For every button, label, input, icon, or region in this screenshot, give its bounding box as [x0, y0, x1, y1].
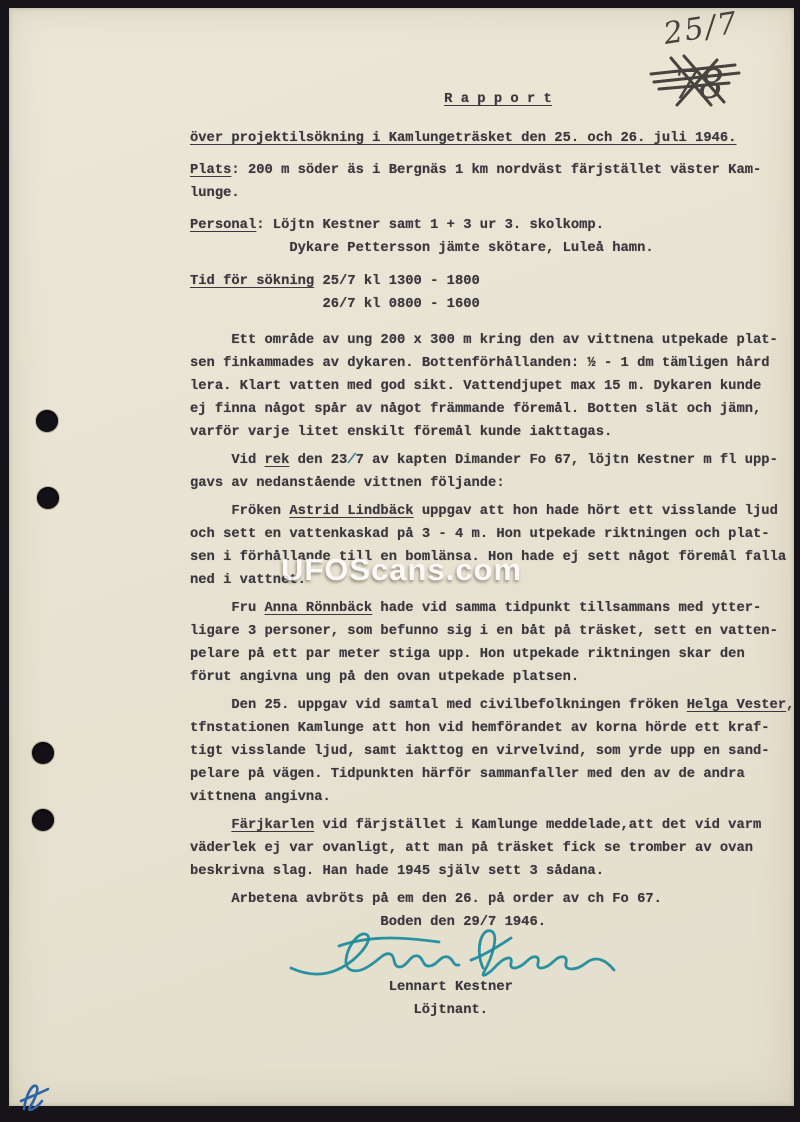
- typed-text: : 200 m söder äs i Bergnäs 1 km nordväst…: [231, 163, 761, 178]
- line-gap: [190, 260, 800, 270]
- typed-text: Anna Rönnbäck: [265, 601, 373, 616]
- typed-text: Astrid Lindbäck: [289, 504, 413, 519]
- typed-text: Arbetena avbröts på em den 26. på order …: [231, 892, 662, 907]
- handwritten-signature: [287, 920, 619, 990]
- punch-hole: [32, 809, 54, 831]
- typed-text: tigt visslande ljud, samt iakttog en vir…: [190, 744, 770, 759]
- typed-text: väderlek ej var ovanligt, att man på trä…: [190, 841, 753, 856]
- typed-text: uppgav att hon hade hört ett visslande l…: [414, 504, 778, 519]
- typed-text: tfnstationen Kamlunge att hon vid hemför…: [190, 721, 770, 736]
- typed-text: Dykare Pettersson jämte skötare, Luleå h…: [289, 241, 653, 256]
- report-title: R a p p o r t: [190, 88, 800, 111]
- typed-line: ej finna något spår av något främmande f…: [190, 398, 800, 421]
- typed-text: gavs av nedanstående vittnen följande:: [190, 476, 505, 491]
- paper-sheet: 25/7 78 R a p p o r töver projektilsökni…: [9, 8, 794, 1106]
- typed-line: Dykare Pettersson jämte skötare, Luleå h…: [190, 237, 800, 260]
- handwritten-initials-mark: [15, 1076, 53, 1118]
- typed-text: Tid för sökning: [190, 274, 314, 289]
- initials-ink: [21, 1086, 48, 1110]
- typed-text: Ett område av ung 200 x 300 m kring den …: [231, 333, 777, 348]
- typed-text: R a p p o r t: [444, 92, 552, 107]
- typed-line: Personal: Löjtn Kestner samt 1 + 3 ur 3.…: [190, 214, 800, 237]
- typed-line: Ett område av ung 200 x 300 m kring den …: [190, 329, 800, 352]
- typed-text: beskrivna slag. Han hade 1945 själv sett…: [190, 864, 604, 879]
- typed-text: ,: [786, 698, 794, 713]
- typed-line: lunge.: [190, 182, 800, 205]
- typed-line: vittnena angivna.: [190, 786, 800, 809]
- typed-line: varför varje litet enskilt föremål kunde…: [190, 421, 800, 444]
- typed-line: Fröken Astrid Lindbäck uppgav att hon ha…: [190, 500, 800, 523]
- typed-line: sen finkammades av dykaren. Bottenförhål…: [190, 352, 800, 375]
- typed-line: tfnstationen Kamlunge att hon vid hemför…: [190, 717, 800, 740]
- line-gap: [190, 111, 800, 127]
- line-gap: [190, 78, 800, 88]
- typed-text: pelare på vägen. Tidpunkten härför samma…: [190, 767, 745, 782]
- typed-line: Fru Anna Rönnbäck hade vid samma tidpunk…: [190, 597, 800, 620]
- typed-signatory-rank: Löjtnant.: [190, 999, 800, 1022]
- typed-text: lera. Klart vatten med god sikt. Vattend…: [190, 379, 761, 394]
- typed-text: pelare på ett par meter stiga upp. Hon u…: [190, 647, 745, 662]
- typed-text: Helga Vester: [687, 698, 786, 713]
- typed-line: beskrivna slag. Han hade 1945 själv sett…: [190, 860, 800, 883]
- typed-text: vid färjstället i Kamlunge meddelade,att…: [314, 818, 761, 833]
- punch-hole: [36, 410, 58, 432]
- typed-line: förut angivna ung på den ovan utpekade p…: [190, 666, 800, 689]
- typed-text: lunge.: [190, 186, 240, 201]
- line-gap: [190, 150, 800, 159]
- typed-text: Fröken: [231, 504, 289, 519]
- typed-line: lera. Klart vatten med god sikt. Vattend…: [190, 375, 800, 398]
- typed-text: Personal: [190, 218, 256, 233]
- typed-line: Arbetena avbröts på em den 26. på order …: [190, 888, 800, 911]
- typed-line: väderlek ej var ovanligt, att man på trä…: [190, 837, 800, 860]
- typed-line: Vid rek den 23/7 av kapten Dimander Fo 6…: [190, 449, 800, 472]
- typed-text: : Löjtn Kestner samt 1 + 3 ur 3. skolkom…: [256, 218, 604, 233]
- typed-line: Färjkarlen vid färjstället i Kamlunge me…: [190, 814, 800, 837]
- typed-text: Löjtnant.: [414, 1003, 489, 1018]
- typed-text: Plats: [190, 163, 231, 178]
- typed-line: Plats: 200 m söder äs i Bergnäs 1 km nor…: [190, 159, 800, 182]
- typed-line: ligare 3 personer, som befunno sig i en …: [190, 620, 800, 643]
- typed-text: Fru: [231, 601, 264, 616]
- typed-line: 26/7 kl 0800 - 1600: [190, 293, 800, 316]
- handwritten-slash-correction: /: [347, 453, 355, 468]
- typed-text: 26/7 kl 0800 - 1600: [322, 297, 479, 312]
- typed-text: ligare 3 personer, som befunno sig i en …: [190, 624, 778, 639]
- typed-text: sen finkammades av dykaren. Bottenförhål…: [190, 356, 770, 371]
- typed-line: tigt visslande ljud, samt iakttog en vir…: [190, 740, 800, 763]
- typed-line: gavs av nedanstående vittnen följande:: [190, 472, 800, 495]
- line-gap: [190, 205, 800, 214]
- typed-text: ned i vattnet.: [190, 573, 306, 588]
- typed-text: 7 av kapten Dimander Fo 67, löjtn Kestne…: [356, 453, 778, 468]
- typed-line: och sett en vattenkaskad på 3 - 4 m. Hon…: [190, 523, 800, 546]
- typed-text: rek: [265, 453, 290, 468]
- typed-text: hade vid samma tidpunkt tillsammans med …: [372, 601, 761, 616]
- typed-text: Färjkarlen: [231, 818, 314, 833]
- typed-text: förut angivna ung på den ovan utpekade p…: [190, 670, 579, 685]
- typed-text: Den 25. uppgav vid samtal med civilbefol…: [231, 698, 686, 713]
- typed-text: sen i förhållande till en bomlänsa. Hon …: [190, 550, 786, 565]
- typed-line: Den 25. uppgav vid samtal med civilbefol…: [190, 694, 800, 717]
- typed-text: Vid: [231, 453, 264, 468]
- typed-line: pelare på vägen. Tidpunkten härför samma…: [190, 763, 800, 786]
- punch-hole: [37, 487, 59, 509]
- typed-text: och sett en vattenkaskad på 3 - 4 m. Hon…: [190, 527, 770, 542]
- typed-text: ej finna något spår av något främmande f…: [190, 402, 761, 417]
- typed-text-block: R a p p o r töver projektilsökning i Kam…: [190, 78, 800, 1022]
- signature-ink: [479, 931, 614, 976]
- typed-line: sen i förhållande till en bomlänsa. Hon …: [190, 546, 800, 569]
- typed-line: Tid för sökning 25/7 kl 1300 - 1800: [190, 270, 800, 293]
- punch-hole: [32, 742, 54, 764]
- typed-line: ned i vattnet.: [190, 569, 800, 592]
- typed-text: över projektilsökning i Kamlungeträsket …: [190, 131, 736, 146]
- typed-line: pelare på ett par meter stiga upp. Hon u…: [190, 643, 800, 666]
- typed-text: varför varje litet enskilt föremål kunde…: [190, 425, 612, 440]
- line-gap: [190, 316, 800, 329]
- report-subject: över projektilsökning i Kamlungeträsket …: [190, 127, 800, 150]
- scanned-document: 25/7 78 R a p p o r töver projektilsökni…: [0, 0, 800, 1122]
- typed-text: vittnena angivna.: [190, 790, 331, 805]
- typed-text: den 23: [289, 453, 347, 468]
- typed-text: 25/7 kl 1300 - 1800: [314, 274, 480, 289]
